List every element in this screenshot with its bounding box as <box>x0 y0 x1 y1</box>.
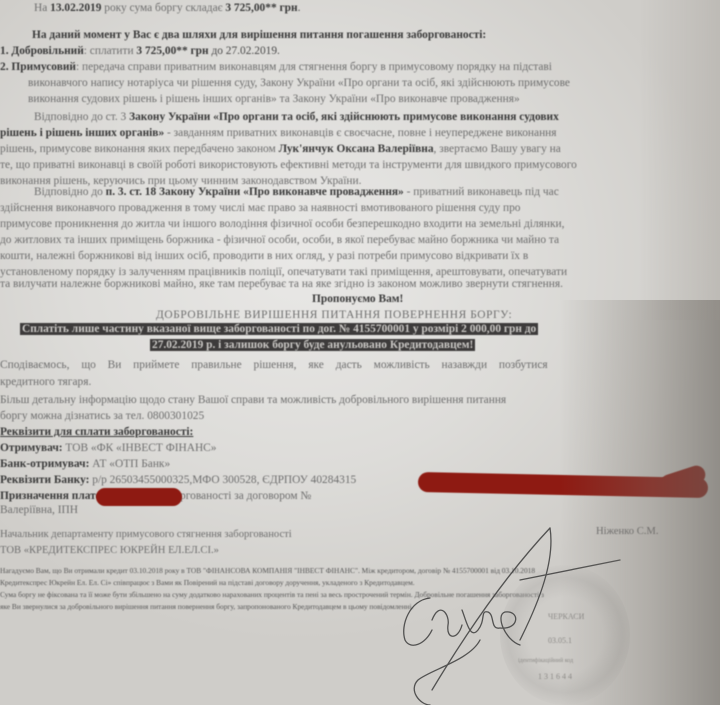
redaction-mark-tax-id <box>96 488 182 506</box>
executor-name: Лук'янчук Оксана Валеріївна <box>279 143 434 155</box>
footnote-line-3: Сума боргу не фіксована та її може бути … <box>0 589 544 601</box>
stamp-text-2: 03.05.1 <box>548 636 572 645</box>
company-stamp <box>500 565 630 705</box>
para1-line-2: рішень і рішень інших органів» - завданн… <box>0 125 557 141</box>
para2-line-2: здійснення виконавчого провадження в том… <box>0 200 520 216</box>
highlighted-offer-line-1: Сплатіть лише частину вказаної вище забо… <box>20 321 538 337</box>
signatory-company: ТОВ «КРЕДИТЕКСПРЕС ЮКРЕЙН ЕЛ.ЕЛ.СІ.» <box>0 543 219 559</box>
para2-line-5: кошти, належні боржникові від інших осіб… <box>0 248 528 264</box>
para2-line-7: та вилучати належне боржникові майно, як… <box>0 276 563 292</box>
option-forced: 2. Примусовий: передача справи приватним… <box>0 59 552 75</box>
more-info-line-2: боргу можна дізнатись за тел. 0800301025 <box>0 408 204 424</box>
debt-date: 13.02.2019 <box>50 2 101 14</box>
footnote-line-4: яке Ви звернулися за добровільного виріш… <box>0 601 413 613</box>
stamp-text-1: ЧЕРКАСИ <box>548 612 584 621</box>
offer-heading: Пропонуємо Вам! <box>312 291 403 307</box>
signatory-title: Начальник департаменту примусового стягн… <box>0 527 292 543</box>
document-photo: На 13.02.2019 року сума боргу складає 3 … <box>0 0 720 705</box>
para1-line-1: Відповідно до ст. 3 Закону України «Про … <box>34 109 559 125</box>
option-forced-line-2: виконавчого напису нотаріуса чи рішення … <box>28 75 570 91</box>
para2-line-4: до житлових та інших приміщень боржника … <box>0 232 559 248</box>
payment-purpose-line-2: Валеріївна, ІПН <box>0 502 78 518</box>
signatory-name: Ніженко С.М. <box>596 524 658 540</box>
hope-line-2: кредитного тягаря. <box>0 374 91 390</box>
debt-amount: 3 725,00** грн <box>225 2 297 14</box>
options-intro: На даний момент у Вас є два шляхи для ви… <box>32 27 486 43</box>
bank-line: Банк-отримувач: АТ «ОТП Банк» <box>0 456 170 472</box>
debt-amount-line: На 13.02.2019 року сума боргу складає 3 … <box>34 0 300 16</box>
phone-number: 0800301025 <box>147 410 204 422</box>
highlighted-offer-line-2: 27.02.2019 р. і залишок боргу буде ануль… <box>150 337 475 353</box>
page-shadow-top <box>640 0 720 320</box>
footnote-line-1: Нагадуємо Вам, що Ви отримали кредит 03.… <box>0 565 535 577</box>
hope-line-1: Сподіваємось, що Ви приймете правильне р… <box>0 357 548 373</box>
option-forced-line-3: виконання судових рішень і рішень інших … <box>28 91 520 107</box>
option-voluntary: 1. Добровільний: сплатити 3 725,00** грн… <box>0 43 280 59</box>
para1-line-3: рішень, примусове виконання яких передба… <box>0 141 561 157</box>
para2-line-3: примусове проникнення до житла чи іншого… <box>0 216 564 232</box>
stamp-text-4: 1 3 1 6 4 4 <box>538 672 572 681</box>
stamp-text-3: ідентифікаційний код <box>518 658 573 664</box>
bank-details-line: Реквізити Банку: р/р 26503455000325,МФО … <box>0 472 356 488</box>
requisites-heading: Реквізити для сплати заборгованості: <box>0 424 193 440</box>
recipient-line: Отримувач: ТОВ «ФК «ІНВЕСТ ФІНАНС» <box>0 440 216 456</box>
footnote-line-2: Кредитекспрес Юкрейн Ел. Ел. Сі» співпра… <box>0 577 415 589</box>
para2-line-1: Відповідно до п. 3. ст. 18 Закону Україн… <box>34 184 559 200</box>
para1-line-4: те, що приватні виконавці в своїй роботі… <box>0 157 577 173</box>
more-info-line-1: Більш детальну інформацію щодо стану Ваш… <box>0 392 506 408</box>
